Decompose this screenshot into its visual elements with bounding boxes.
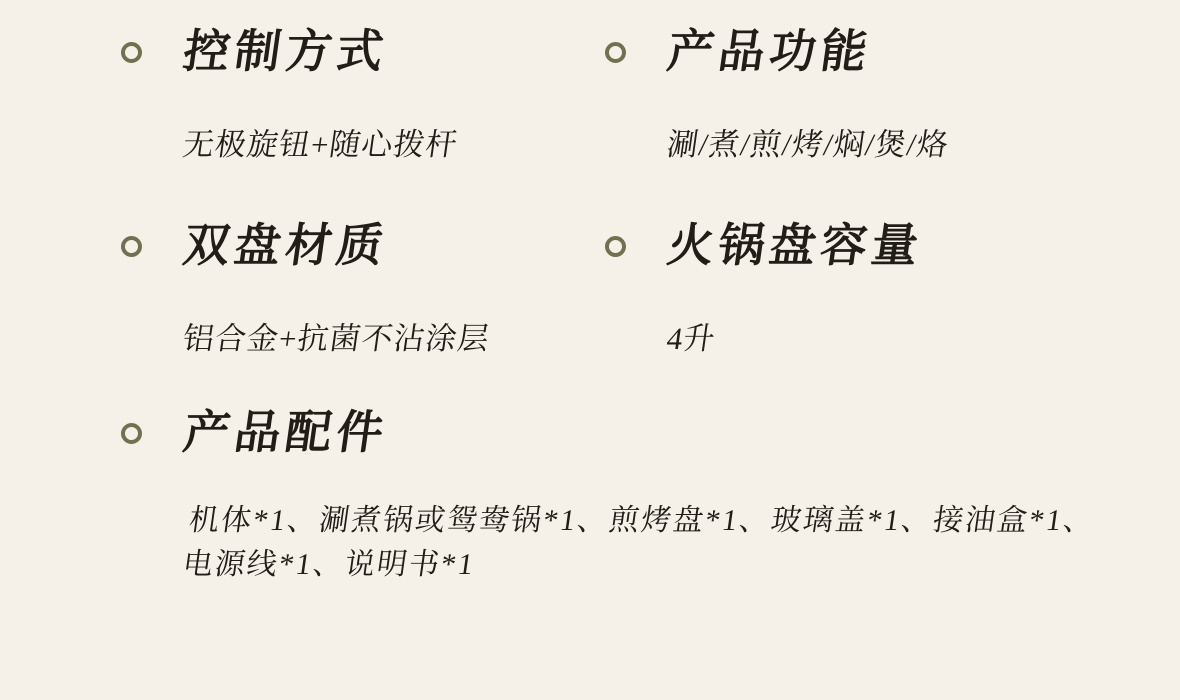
spec-title-control-method: 控制方式 xyxy=(180,26,391,79)
accessories-line-1: 机体*1、涮煮锅或鸳鸯锅*1、煎烤盘*1、玻璃盖*1、接油盒*1、 xyxy=(187,504,1098,537)
bullet-ring-icon xyxy=(605,236,626,257)
spec-hotpot-capacity: 火锅盘容量 4升 xyxy=(605,220,1140,360)
bullet-ring-icon xyxy=(121,42,142,63)
bullet-ring-icon xyxy=(605,42,626,63)
spec-heading: 产品功能 xyxy=(605,26,1140,79)
spec-value-plate-material: 铝合金+抗菌不沾涂层 xyxy=(180,317,611,360)
spec-heading: 火锅盘容量 xyxy=(605,220,1140,273)
spec-title-product-functions: 产品功能 xyxy=(664,26,875,79)
product-spec-sheet: 控制方式 无极旋钮+随心拨杆 产品功能 涮/煮/煎/烤/焖/煲/烙 双盘材质 铝… xyxy=(0,0,1180,700)
spec-product-functions: 产品功能 涮/煮/煎/烤/焖/煲/烙 xyxy=(605,26,1140,166)
bullet-ring-icon xyxy=(121,423,142,444)
spec-title-hotpot-capacity: 火锅盘容量 xyxy=(664,220,926,273)
spec-value-product-functions: 涮/煮/煎/烤/焖/煲/烙 xyxy=(664,123,1146,166)
spec-heading: 产品配件 xyxy=(121,407,1140,460)
spec-title-accessories: 产品配件 xyxy=(180,407,391,460)
spec-control-method: 控制方式 无极旋钮+随心拨杆 xyxy=(121,26,605,166)
spec-value-control-method: 无极旋钮+随心拨杆 xyxy=(180,123,611,166)
spec-accessories: 产品配件 机体*1、涮煮锅或鸳鸯锅*1、煎烤盘*1、玻璃盖*1、接油盒*1、电源… xyxy=(121,407,1140,587)
bullet-ring-icon xyxy=(121,236,142,257)
spec-title-plate-material: 双盘材质 xyxy=(180,220,391,273)
spec-plate-material: 双盘材质 铝合金+抗菌不沾涂层 xyxy=(121,220,605,360)
accessories-line-2: 电源线*1、说明书*1 xyxy=(181,548,478,581)
spec-heading: 控制方式 xyxy=(121,26,605,79)
spec-grid: 控制方式 无极旋钮+随心拨杆 产品功能 涮/煮/煎/烤/焖/煲/烙 双盘材质 铝… xyxy=(0,0,1180,586)
spec-value-hotpot-capacity: 4升 xyxy=(664,317,1146,360)
spec-value-accessories: 机体*1、涮煮锅或鸳鸯锅*1、煎烤盘*1、玻璃盖*1、接油盒*1、电源线*1、说… xyxy=(180,499,1152,586)
spec-heading: 双盘材质 xyxy=(121,220,605,273)
